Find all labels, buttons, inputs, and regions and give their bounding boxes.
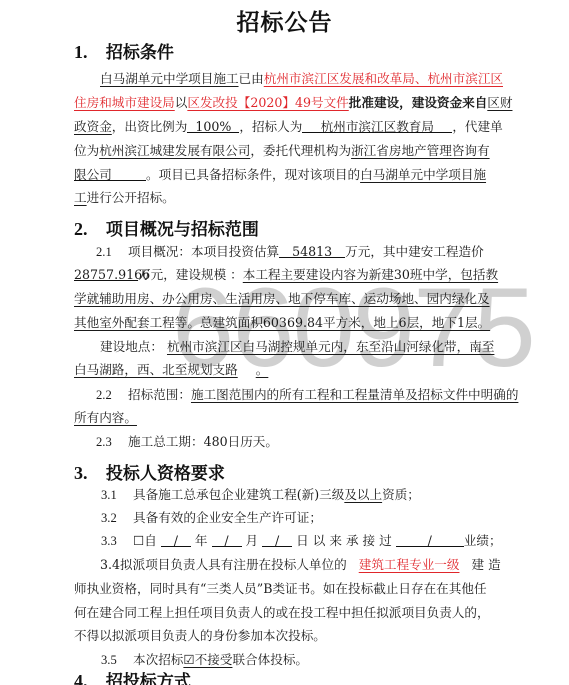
s21-line-4: 其他室外配套工程等。总建筑面积60369.84平方米，地上6层，地下1层。: [74, 314, 506, 332]
location-line-2: 白马湖路，西、北至规划支路。: [74, 361, 506, 379]
s1-line-5: 限公司。项目已具备招标条件，现对该项目的白马湖单元中学项目施: [74, 166, 506, 184]
s21-line-2: 28757.9166万元，建设规模 ：本工程主要建设内容为新建30班中学，包括教: [74, 266, 506, 284]
tender-scope: 施工图范围内的所有工程和工程量清单及招标文件中明确的: [191, 387, 518, 402]
construction-location-cont: 白马湖路，西、北至规划支路: [74, 362, 238, 377]
section-1-heading: 1. 招标条件: [74, 38, 174, 63]
item-number: 2.2: [96, 386, 128, 404]
text: 月: [246, 533, 259, 548]
s1-line-2: 住房和城市建设局以区发改投【2020】49号文件批准建设，建设资金来自区财: [74, 94, 506, 112]
s22-line-1: 2.2招标范围：施工图范围内的所有工程和工程量清单及招标文件中明确的: [96, 386, 506, 404]
section-number: 3.: [74, 463, 100, 484]
s22-line-2: 所有内容。: [74, 409, 506, 427]
text: 不得以拟派项目负责人的身份参加本次投标。: [74, 628, 326, 643]
text: 3.4拟派项目负责人具有注册在投标人单位的: [100, 557, 347, 572]
construction-scale-cont: 学就辅助用房、办公用房、生活用房、地下停车库、运动场地、园内绿化及: [74, 291, 490, 306]
text: 进行公开招标。: [87, 190, 175, 205]
s34-line-1: 3.4拟派项目负责人具有注册在投标人单位的建筑工程专业一级建 造: [74, 556, 532, 574]
since-year: /: [161, 532, 191, 547]
project-name: 白马湖单元中学项目施工: [100, 71, 239, 86]
item-number: 3.3: [101, 532, 133, 550]
text: 日 以 来 承 接 过: [296, 533, 392, 548]
s32-line: 3.2具备有效的企业安全生产许可证；: [101, 509, 506, 527]
s33-line: 3.3☐自 / 年 / 月 / 日 以 来 承 接 过 /业绩；: [101, 532, 506, 550]
project-name-ref-cont: 工: [74, 190, 87, 205]
s1-line-1: 白马湖单元中学项目施工已由杭州市滨江区发展和改革局、杭州市滨江区: [74, 70, 532, 88]
section-title: 投标人资格要求: [106, 464, 225, 484]
section-number: 4.: [74, 671, 100, 685]
text: 。: [238, 362, 269, 377]
section-title: 项目概况与招标范围: [106, 220, 259, 240]
construction-scale-cont-2: 其他室外配套工程等。总建筑面积60369.84平方米，地上6层，地下1层。: [74, 315, 490, 330]
text: 本次招标: [133, 652, 183, 667]
text: 。项目已具备招标条件，现对该项目的: [146, 167, 360, 182]
text: 资质；: [382, 487, 420, 502]
item-number: 3.2: [101, 509, 133, 527]
investment-estimate: 54813: [279, 243, 345, 258]
s34-line-2: 师执业资格，同时具有“三类人员”B类证书。如在投标截止日存在在其他任: [74, 580, 506, 598]
text: 师执业资格，同时具有“三类人员”B类证书。如在投标截止日存在在其他任: [74, 581, 487, 596]
section-title: 招标条件: [106, 43, 174, 63]
text: 项目概况：本项目投资估算: [128, 244, 279, 259]
item-number: 2.3: [96, 433, 128, 451]
tender-agency-cont: 限公司: [74, 166, 146, 181]
project-name-ref: 白马湖单元中学项目施: [360, 167, 486, 182]
funding-ratio: 100%: [187, 118, 239, 133]
past-performance: /: [396, 532, 464, 547]
approval-document: 区发改投【2020】49号文件: [187, 95, 348, 110]
tender-agency: 浙江省房地产管理咨询有: [351, 143, 490, 158]
fund-source: 区财: [487, 95, 512, 110]
construction-location: 杭州市滨江区白马湖控规单元内，东至沿山河绿化带，南至: [167, 339, 494, 354]
checkbox-icon[interactable]: ☐: [133, 533, 144, 548]
construction-cost: 28757.9166: [74, 266, 138, 281]
s21-line-3: 学就辅助用房、办公用房、生活用房、地下停车库、运动场地、园内绿化及: [74, 290, 506, 308]
text: 已由: [239, 71, 264, 86]
text: 批准建设，建设资金来自: [349, 95, 488, 110]
text: 建设地点：: [100, 339, 163, 354]
construction-period: 施工总工期：480日历天。: [128, 434, 278, 449]
text: 建 造: [471, 557, 500, 572]
approving-authority: 杭州市滨江区发展和改革局、杭州市滨江区: [264, 71, 503, 86]
text: 具备施工总承包企业建筑工程(新)三级: [133, 487, 344, 502]
s34-line-4: 不得以拟派项目负责人的身份参加本次投标。: [74, 627, 506, 645]
agent-builder: 杭州滨江城建发展有限公司: [99, 143, 250, 158]
consortium-checkbox[interactable]: ☑不接受: [183, 652, 232, 667]
text: ，委托代理机构为: [250, 143, 351, 158]
since-day: /: [262, 532, 292, 547]
s23-line: 2.3施工总工期：480日历天。: [96, 433, 506, 451]
text: ，代建单: [452, 119, 502, 134]
text: ，出资比例为: [112, 119, 188, 134]
text: 何在建合同工程上担任项目负责人的或在投工程中担任拟派项目负责人的，: [74, 605, 490, 620]
section-2-heading: 2. 项目概况与招标范围: [74, 215, 259, 240]
s31-line: 3.1具备施工总承包企业建筑工程(新)三级及以上资质；: [101, 486, 506, 504]
text: 万元，建设规模 ：: [138, 267, 243, 282]
section-4-heading: 4. 招投标方式: [74, 667, 191, 685]
text: 以: [175, 95, 188, 110]
qualification-level: 及以上: [344, 487, 382, 502]
item-number: 2.1: [96, 243, 128, 261]
construction-scale: 本工程主要建设内容为新建30班中学，包括教: [243, 267, 498, 282]
text: 招标范围：: [128, 387, 191, 402]
tender-scope-cont: 所有内容。: [74, 410, 137, 425]
s34-line-3: 何在建合同工程上担任项目负责人的或在投工程中担任拟派项目负责人的，: [74, 604, 506, 622]
text: ，招标人为: [239, 119, 302, 134]
s1-line-6: 工进行公开招标。: [74, 189, 506, 207]
text: 具备有效的企业安全生产许可证；: [133, 510, 322, 525]
document-page: 660975 招标公告 1. 招标条件 白马湖单元中学项目施工已由杭州市滨江区发…: [0, 0, 569, 685]
section-3-heading: 3. 投标人资格要求: [74, 459, 225, 484]
text: 自: [144, 533, 157, 548]
constructor-grade: 建筑工程专业一级: [347, 557, 472, 572]
text: 年: [195, 533, 208, 548]
location-line-1: 建设地点： 杭州市滨江区白马湖控规单元内，东至沿山河绿化带，南至: [74, 338, 532, 356]
document-title: 招标公告: [0, 4, 569, 37]
text: 位为: [74, 143, 99, 158]
text: 联合体投标。: [232, 652, 308, 667]
section-number: 2.: [74, 219, 100, 240]
item-number: 3.1: [101, 486, 133, 504]
fund-source-cont: 政资金: [74, 119, 112, 134]
tenderer: 杭州市滨江区教育局: [302, 118, 452, 133]
section-number: 1.: [74, 42, 100, 63]
text: 业绩；: [464, 533, 502, 548]
approving-authority-cont: 住房和城市建设局: [74, 95, 175, 110]
text: 万元，其中建安工程造价: [345, 244, 484, 259]
s21-line-1: 2.1项目概况：本项目投资估算54813万元，其中建安工程造价: [96, 243, 506, 261]
section-title: 招投标方式: [106, 672, 191, 685]
s1-line-4: 位为杭州滨江城建发展有限公司，委托代理机构为浙江省房地产管理咨询有: [74, 142, 506, 160]
s1-line-3: 政资金，出资比例为100%，招标人为杭州市滨江区教育局，代建单: [74, 118, 506, 136]
since-month: /: [212, 532, 242, 547]
